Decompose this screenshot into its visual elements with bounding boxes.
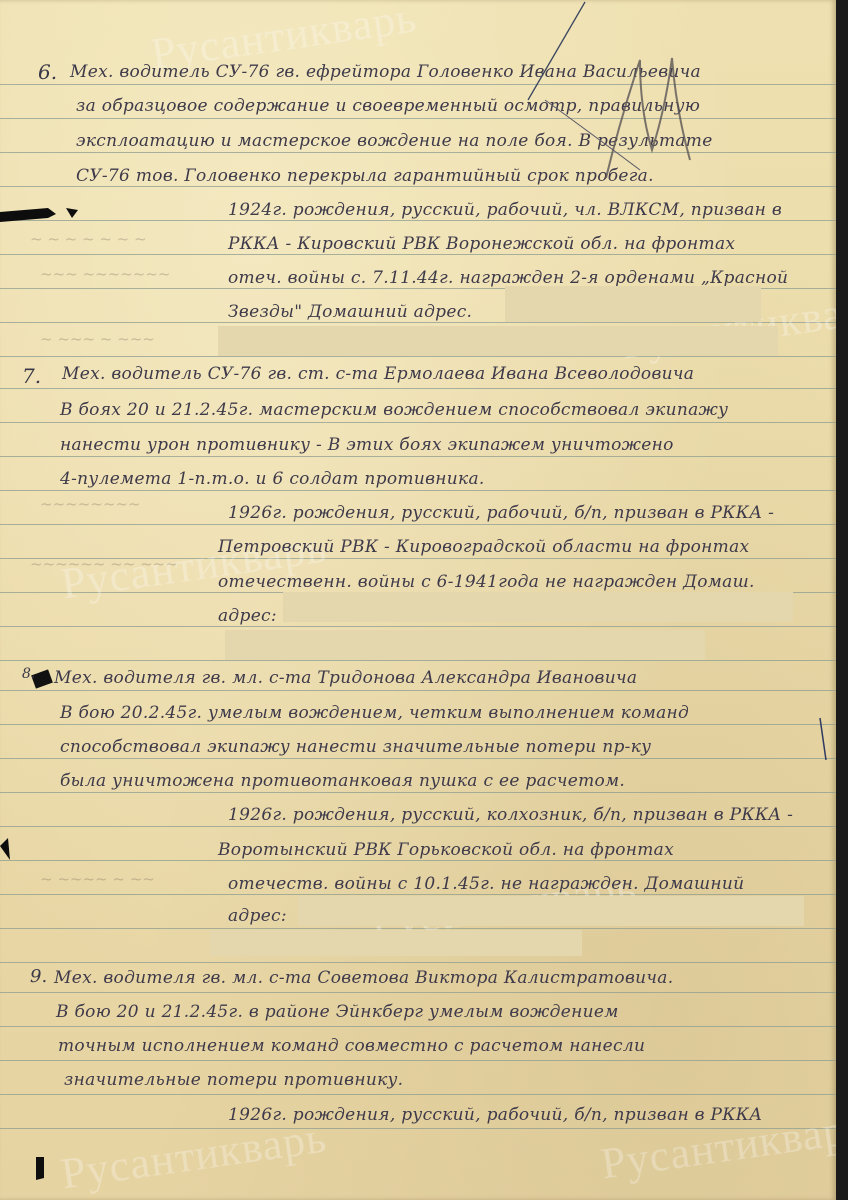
pencil-mark	[0, 0, 848, 1200]
document-sheet: Русантикварь Русантикварь Русантикварь Р…	[0, 0, 836, 1200]
page-edge	[836, 0, 848, 1200]
